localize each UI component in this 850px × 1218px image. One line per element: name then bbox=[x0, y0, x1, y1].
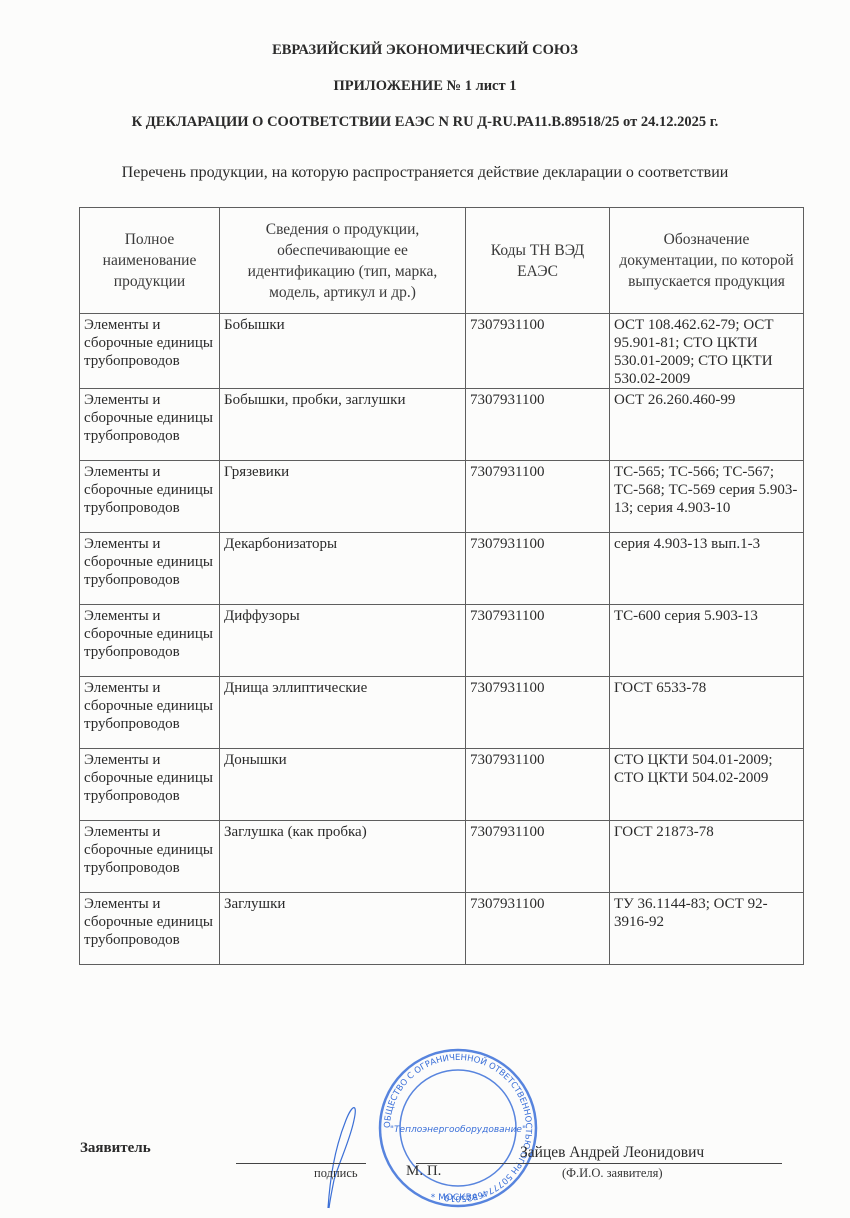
cell-documentation: ГОСТ 6533-78 bbox=[610, 677, 804, 749]
applicant-label: Заявитель bbox=[80, 1140, 151, 1157]
cell-documentation: ОСТ 26.260.460-99 bbox=[610, 389, 804, 461]
cell-identification: Диффузоры bbox=[220, 605, 466, 677]
cell-identification: Заглушка (как пробка) bbox=[220, 821, 466, 893]
applicant-name: Зайцев Андрей Леонидович bbox=[520, 1144, 704, 1162]
cell-code: 7307931100 bbox=[466, 314, 610, 389]
table-row: Элементы и сборочные единицы трубопровод… bbox=[80, 749, 804, 821]
cell-documentation: СТО ЦКТИ 504.01-2009; СТО ЦКТИ 504.02-20… bbox=[610, 749, 804, 821]
column-header-identification: Сведения о продукции, обеспечивающие ее … bbox=[220, 208, 466, 314]
union-title: ЕВРАЗИЙСКИЙ ЭКОНОМИЧЕСКИЙ СОЮЗ bbox=[0, 42, 850, 59]
seal-label: М. П. bbox=[406, 1163, 441, 1180]
table-row: Элементы и сборочные единицы трубопровод… bbox=[80, 821, 804, 893]
cell-code: 7307931100 bbox=[466, 677, 610, 749]
cell-documentation: серия 4.903-13 вып.1-3 bbox=[610, 533, 804, 605]
cell-documentation: ТС-565; ТС-566; ТС-567; ТС-568; ТС-569 с… bbox=[610, 461, 804, 533]
table-row: Элементы и сборочные единицы трубопровод… bbox=[80, 389, 804, 461]
signature-mark bbox=[320, 1100, 360, 1210]
signature-line bbox=[236, 1163, 366, 1164]
company-stamp: ОБЩЕСТВО С ОГРАНИЧЕННОЙ ОТВЕТСТВЕННОСТЬЮ… bbox=[378, 1040, 538, 1215]
declaration-title: К ДЕКЛАРАЦИИ О СООТВЕТСТВИИ ЕАЭС N RU Д-… bbox=[0, 114, 850, 131]
cell-identification: Донышки bbox=[220, 749, 466, 821]
cell-code: 7307931100 bbox=[466, 461, 610, 533]
name-line bbox=[416, 1163, 782, 1164]
cell-documentation: ТС-600 серия 5.903-13 bbox=[610, 605, 804, 677]
table-row: Элементы и сборочные единицы трубопровод… bbox=[80, 677, 804, 749]
stamp-company-name: "Теплоэнергооборудование" bbox=[390, 1125, 526, 1135]
cell-product-name: Элементы и сборочные единицы трубопровод… bbox=[80, 533, 220, 605]
cell-product-name: Элементы и сборочные единицы трубопровод… bbox=[80, 821, 220, 893]
cell-identification: Грязевики bbox=[220, 461, 466, 533]
cell-identification: Декарбонизаторы bbox=[220, 533, 466, 605]
stamp-city: * МОСКВА * bbox=[431, 1193, 486, 1203]
table-row: Элементы и сборочные единицы трубопровод… bbox=[80, 605, 804, 677]
cell-product-name: Элементы и сборочные единицы трубопровод… bbox=[80, 605, 220, 677]
table-row: Элементы и сборочные единицы трубопровод… bbox=[80, 533, 804, 605]
cell-identification: Бобышки, пробки, заглушки bbox=[220, 389, 466, 461]
cell-identification: Бобышки bbox=[220, 314, 466, 389]
cell-code: 7307931100 bbox=[466, 893, 610, 965]
column-header-codes: Коды ТН ВЭД ЕАЭС bbox=[466, 208, 610, 314]
cell-product-name: Элементы и сборочные единицы трубопровод… bbox=[80, 389, 220, 461]
cell-identification: Заглушки bbox=[220, 893, 466, 965]
cell-code: 7307931100 bbox=[466, 605, 610, 677]
appendix-title: ПРИЛОЖЕНИЕ № 1 лист 1 bbox=[0, 78, 850, 95]
signature-label: подпись bbox=[314, 1166, 358, 1181]
table-row: Элементы и сборочные единицы трубопровод… bbox=[80, 461, 804, 533]
cell-code: 7307931100 bbox=[466, 821, 610, 893]
table-row: Элементы и сборочные единицы трубопровод… bbox=[80, 314, 804, 389]
cell-documentation: ОСТ 108.462.62-79; ОСТ 95.901-81; СТО ЦК… bbox=[610, 314, 804, 389]
cell-product-name: Элементы и сборочные единицы трубопровод… bbox=[80, 677, 220, 749]
cell-code: 7307931100 bbox=[466, 533, 610, 605]
cell-product-name: Элементы и сборочные единицы трубопровод… bbox=[80, 893, 220, 965]
cell-documentation: ТУ 36.1144-83; ОСТ 92-3916-92 bbox=[610, 893, 804, 965]
table-row: Элементы и сборочные единицы трубопровод… bbox=[80, 893, 804, 965]
list-subtitle: Перечень продукции, на которую распростр… bbox=[0, 164, 850, 182]
cell-identification: Днища эллиптические bbox=[220, 677, 466, 749]
cell-product-name: Элементы и сборочные единицы трубопровод… bbox=[80, 461, 220, 533]
cell-product-name: Элементы и сборочные единицы трубопровод… bbox=[80, 749, 220, 821]
table-header-row: Полное наименование продукции Сведения о… bbox=[80, 208, 804, 314]
applicant-name-caption: (Ф.И.О. заявителя) bbox=[562, 1166, 663, 1181]
cell-documentation: ГОСТ 21873-78 bbox=[610, 821, 804, 893]
cell-product-name: Элементы и сборочные единицы трубопровод… bbox=[80, 314, 220, 389]
cell-code: 7307931100 bbox=[466, 749, 610, 821]
column-header-name: Полное наименование продукции bbox=[80, 208, 220, 314]
cell-code: 7307931100 bbox=[466, 389, 610, 461]
column-header-documentation: Обозначение документации, по которой вып… bbox=[610, 208, 804, 314]
products-table: Полное наименование продукции Сведения о… bbox=[79, 207, 804, 965]
